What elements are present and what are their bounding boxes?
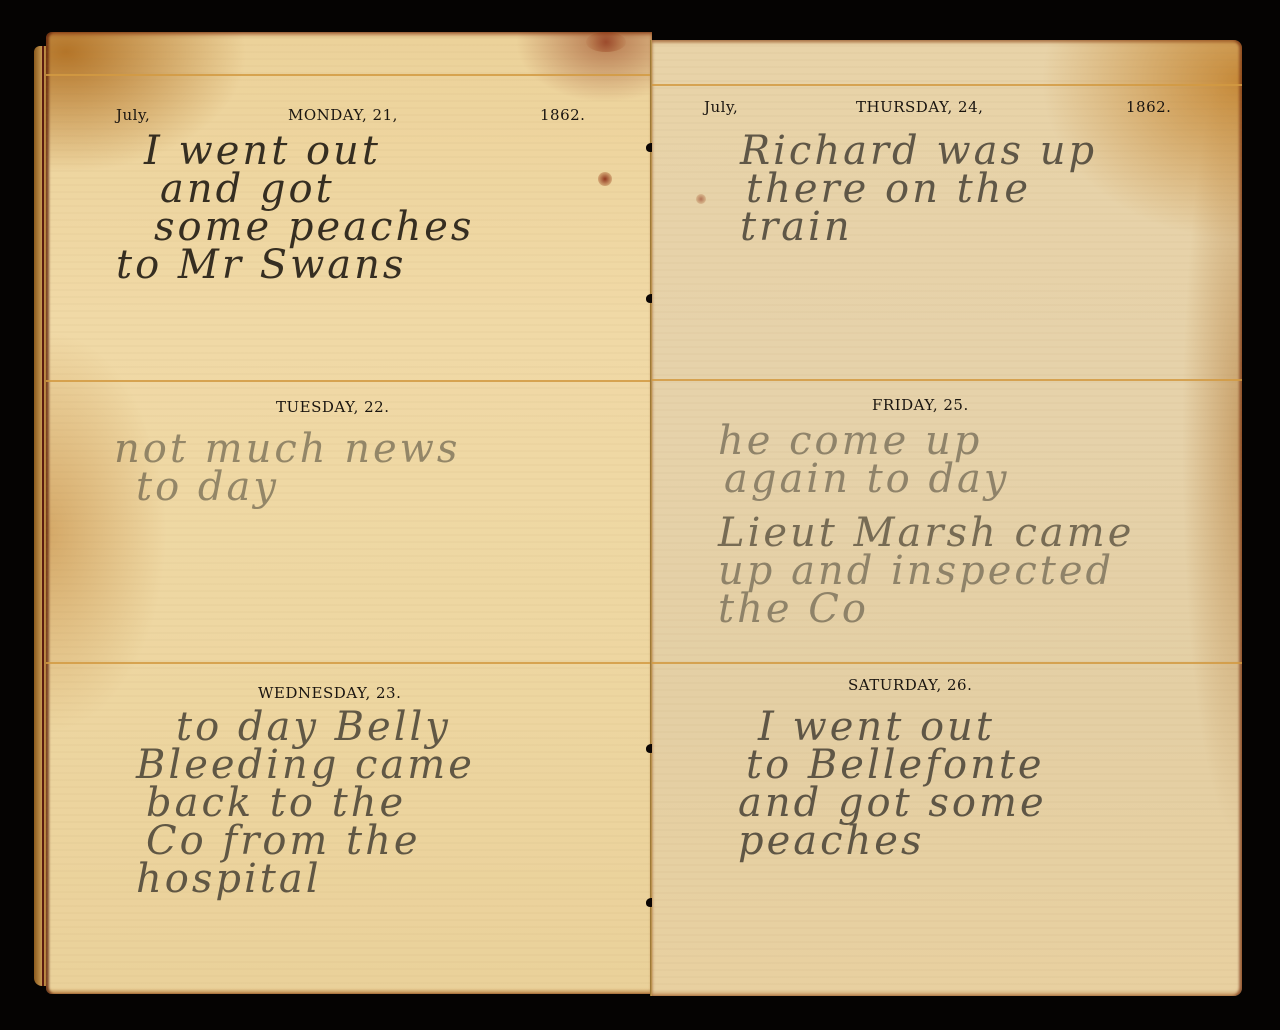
ink-stain [598, 172, 612, 186]
entry-tuesday-handwriting: not much news to day [114, 430, 460, 506]
diary-photo: July, MONDAY, 21, 1862. I went out and g… [0, 0, 1280, 1030]
entry-friday-handwriting: he come up again to day Lieut Marsh came… [718, 422, 1134, 628]
top-rule-line [46, 74, 652, 76]
entry-saturday-handwriting: I went out to Bellefonte and got some pe… [738, 708, 1047, 860]
entry-monday-handwriting: I went out and got some peaches to Mr Sw… [110, 132, 474, 284]
header-year: 1862. [1126, 98, 1171, 116]
divider-rule-line [652, 662, 1242, 664]
ink-stain [696, 194, 706, 204]
ink-stain [586, 32, 626, 52]
right-page: July, THURSDAY, 24, 1862. Richard was up… [652, 40, 1242, 996]
entry-wednesday-handwriting: to day Belly Bleeding came back to the C… [136, 708, 475, 898]
day-label-thursday: THURSDAY, 24, [856, 98, 983, 116]
header-month: July, [704, 98, 738, 116]
top-rule-line [652, 84, 1242, 86]
divider-rule-line [46, 662, 652, 664]
day-label-saturday: SATURDAY, 26. [848, 676, 972, 694]
entry-thursday-handwriting: Richard was up there on the train [740, 132, 1097, 246]
header-year: 1862. [540, 106, 585, 124]
divider-rule-line [46, 380, 652, 382]
left-page: July, MONDAY, 21, 1862. I went out and g… [46, 32, 652, 994]
header-month: July, [116, 106, 150, 124]
day-label-friday: FRIDAY, 25. [872, 396, 969, 414]
divider-rule-line [652, 379, 1242, 381]
day-label-monday: MONDAY, 21, [288, 106, 398, 124]
day-label-tuesday: TUESDAY, 22. [276, 398, 389, 416]
day-label-wednesday: WEDNESDAY, 23. [258, 684, 401, 702]
